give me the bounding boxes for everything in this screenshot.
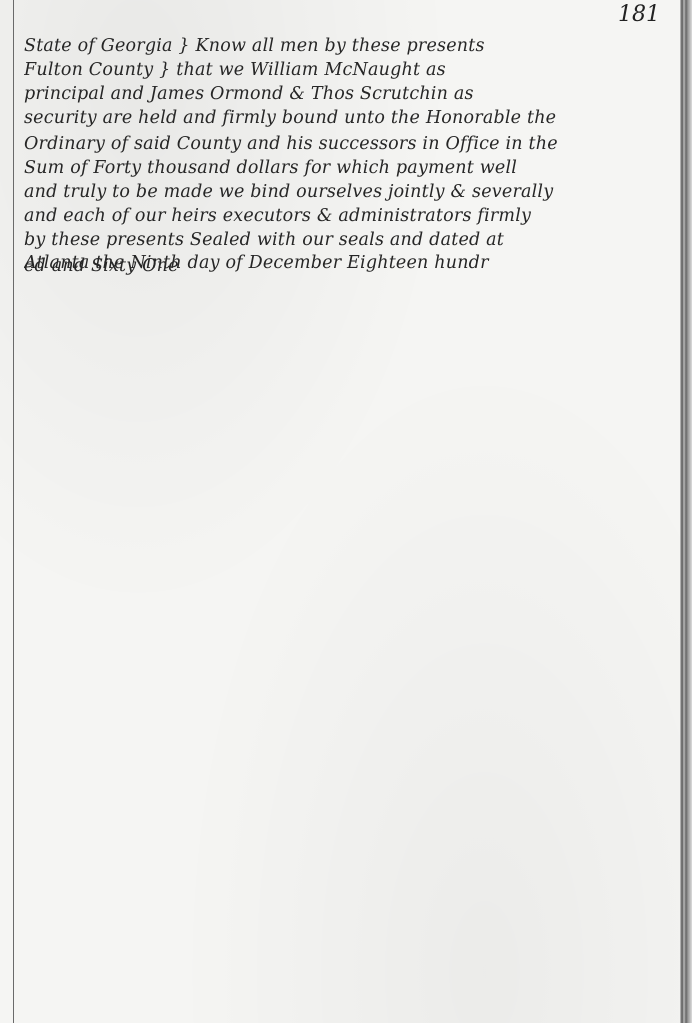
text-line: principal and James Ormond & Thos Scrutc… <box>24 84 680 104</box>
text-line: Sum of Forty thousand dollars for which … <box>24 158 680 178</box>
text-line: by these presents Sealed with our seals … <box>24 230 680 250</box>
page-number: 181 <box>618 2 660 27</box>
text-line: and truly to be made we bind ourselves j… <box>24 182 680 202</box>
text-line: and each of our heirs executors & admini… <box>24 206 680 226</box>
book-binding-edge <box>680 0 692 1023</box>
left-margin-rule <box>13 0 14 1023</box>
ledger-page: 181 State of Georgia } Know all men by t… <box>0 0 692 1023</box>
text-line: ed and Sixty One <box>24 256 680 276</box>
text-line: Ordinary of said County and his successo… <box>24 134 680 154</box>
text-line: State of Georgia } Know all men by these… <box>24 36 680 56</box>
text-line: Fulton County } that we William McNaught… <box>24 60 680 80</box>
text-line: security are held and firmly bound unto … <box>24 108 680 128</box>
